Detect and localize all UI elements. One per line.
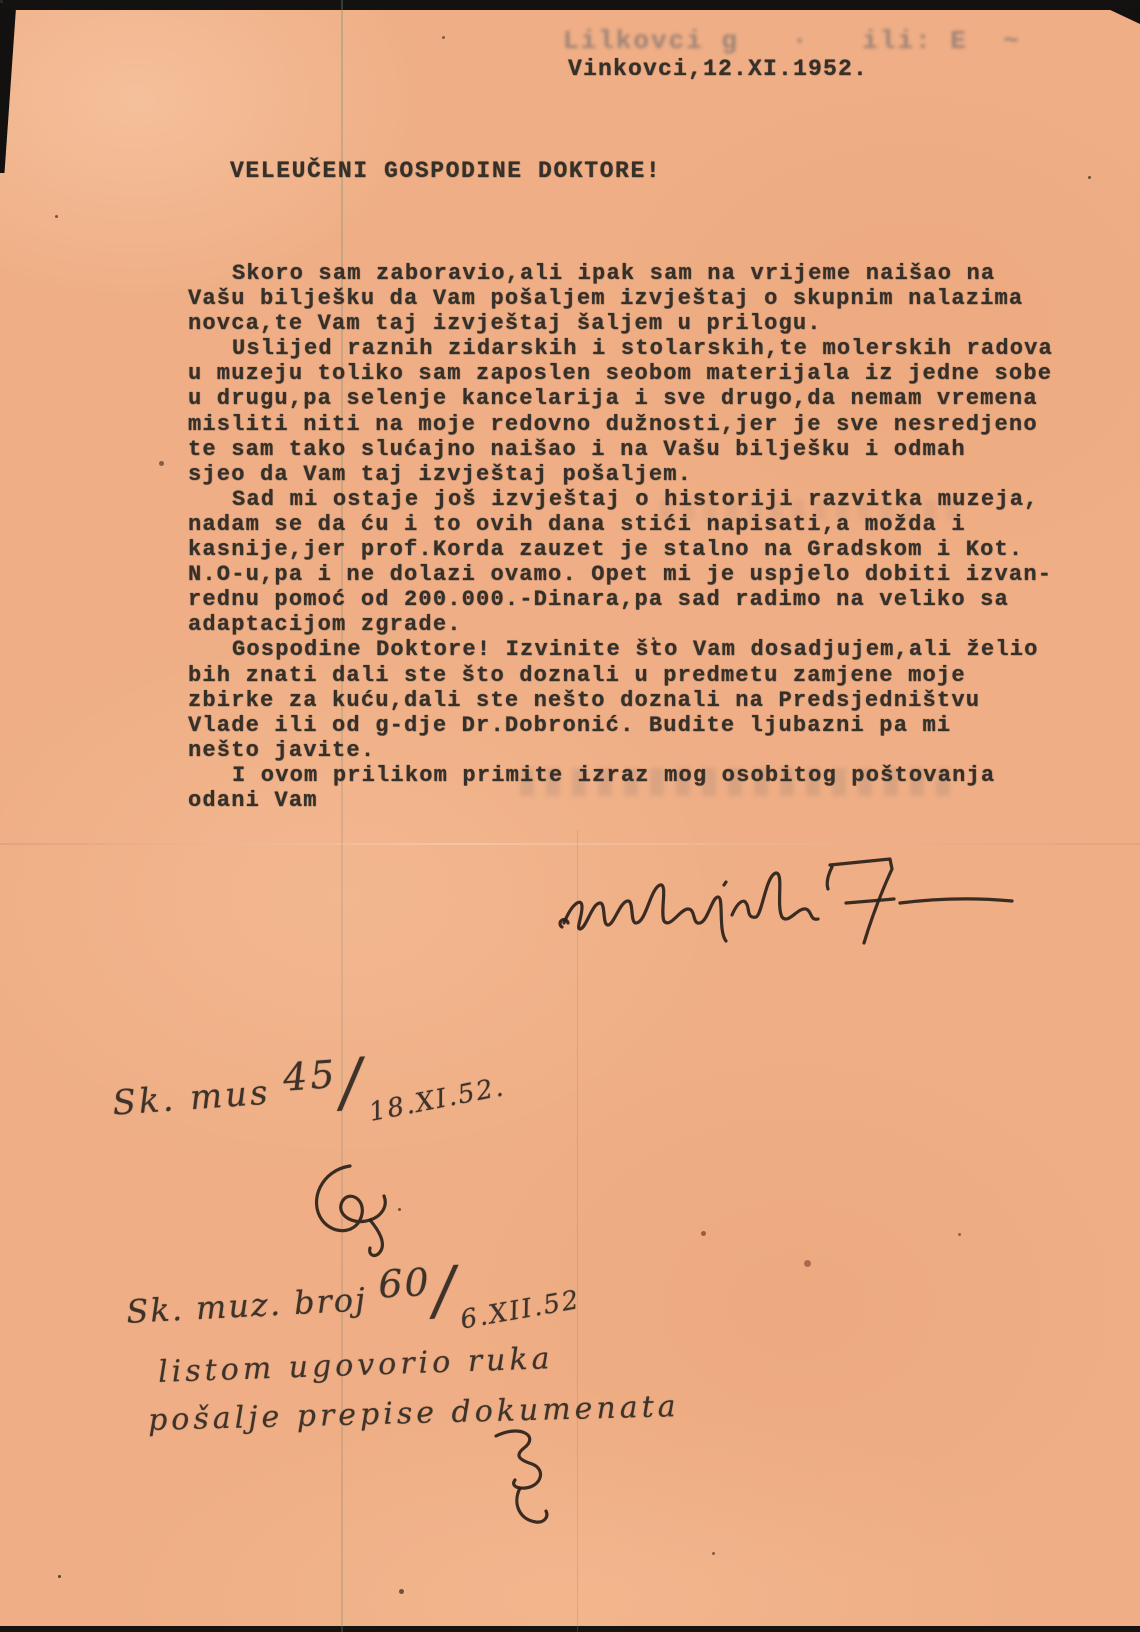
- archive-annotation-2: Sk. muz. broj 60/6.XII.52: [125, 1264, 581, 1332]
- scanned-letter-page: Lilkovci g · ili: E ~ Vinkovci,12.XI.195…: [0, 0, 1140, 1632]
- letter-body-line: Uslijed raznih zidarskih i stolarskih,te…: [188, 336, 1088, 361]
- letter-body-line: I ovom prilikom primite izraz mog osobit…: [188, 763, 1088, 788]
- dateline: Vinkovci,12.XI.1952.: [568, 56, 868, 82]
- annotation2-slash: /: [433, 1291, 457, 1292]
- annotation1-number: 45: [282, 1052, 339, 1100]
- letter-body-line: kasnije,jer prof.Korda zauzet je stalno …: [188, 537, 1088, 562]
- letter-body-line: zbirke za kuću,dali ste nešto doznali na…: [188, 688, 1088, 713]
- vertical-fold-crease: [341, 0, 343, 1632]
- letter-body-line: te sam tako slućajno naišao i na Vašu bi…: [188, 437, 1088, 462]
- letter-body-line: nešto javite.: [188, 738, 1088, 763]
- signature: [548, 845, 1018, 960]
- annotation1-slash: /: [340, 1082, 365, 1084]
- letter-body-line: misliti niti na moje redovno dužnosti,je…: [188, 412, 1088, 437]
- letter-body-line: N.O-u,pa i ne dolazi ovamo. Opet mi je u…: [188, 562, 1088, 587]
- letter-body-line: sjeo da Vam taj izvještaj pošaljem.: [188, 462, 1088, 487]
- letter-body-line: nadam se da ću i to ovih dana stići napi…: [188, 512, 1088, 537]
- scan-edge-top-right: [1106, 8, 1140, 24]
- letter-body: Skoro sam zaboravio,ali ipak sam na vrij…: [188, 261, 1088, 813]
- annotation1-date: 18.XI.52.: [366, 1072, 507, 1128]
- annotation2-number: 60: [377, 1260, 432, 1307]
- annotation2-date: 6.XII.52: [458, 1285, 583, 1336]
- scan-edge-left: [0, 8, 16, 173]
- initials-paraph-2: [462, 1422, 582, 1532]
- letter-body-line: rednu pomoć od 200.000.-Dinara,pa sad ra…: [188, 587, 1088, 612]
- archive-note-line-2: pošalje prepise dokumenata: [148, 1389, 680, 1438]
- paper-specks: [0, 0, 3, 3]
- letter-body-line: odani Vam: [188, 788, 1088, 813]
- annotation2-text: Sk. muz. broj: [125, 1280, 367, 1331]
- letter-body-line: Gospodine Doktore! Izvinite što Vam dosa…: [188, 637, 1088, 662]
- salutation: VELEUČENI GOSPODINE DOKTORE!: [230, 158, 661, 184]
- letter-body-line: Vlade ili od g-dje Dr.Dobronić. Budite l…: [188, 713, 1088, 738]
- initials-paraph-1: [292, 1148, 442, 1258]
- annotation1-text: Sk. mus: [111, 1073, 272, 1124]
- scan-edge-bottom: [0, 1626, 1140, 1632]
- scan-edge-top: [0, 0, 1140, 10]
- letter-body-line: Skoro sam zaboravio,ali ipak sam na vrij…: [188, 261, 1088, 286]
- letter-body-line: u muzeju toliko sam zaposlen seobom mate…: [188, 361, 1088, 386]
- faint-typewriter-offset: Lilkovci g · ili: E ~: [563, 26, 1063, 56]
- letter-body-line: Vašu bilješku da Vam pošaljem izvještaj …: [188, 286, 1088, 311]
- archive-annotation-1: Sk. mus 45/18.XI.52.: [111, 1052, 506, 1123]
- letter-body-line: u drugu,pa selenje kancelarija i sve dru…: [188, 386, 1088, 411]
- letter-body-line: bih znati dali ste što doznali u predmet…: [188, 663, 1088, 688]
- archive-note-line-1: listom ugovorio ruka: [158, 1341, 555, 1390]
- letter-body-line: novca,te Vam taj izvještaj šaljem u pril…: [188, 311, 1088, 336]
- letter-body-line: Sad mi ostaje još izvještaj o historiji …: [188, 487, 1088, 512]
- letter-body-line: adaptacijom zgrade.: [188, 612, 1088, 637]
